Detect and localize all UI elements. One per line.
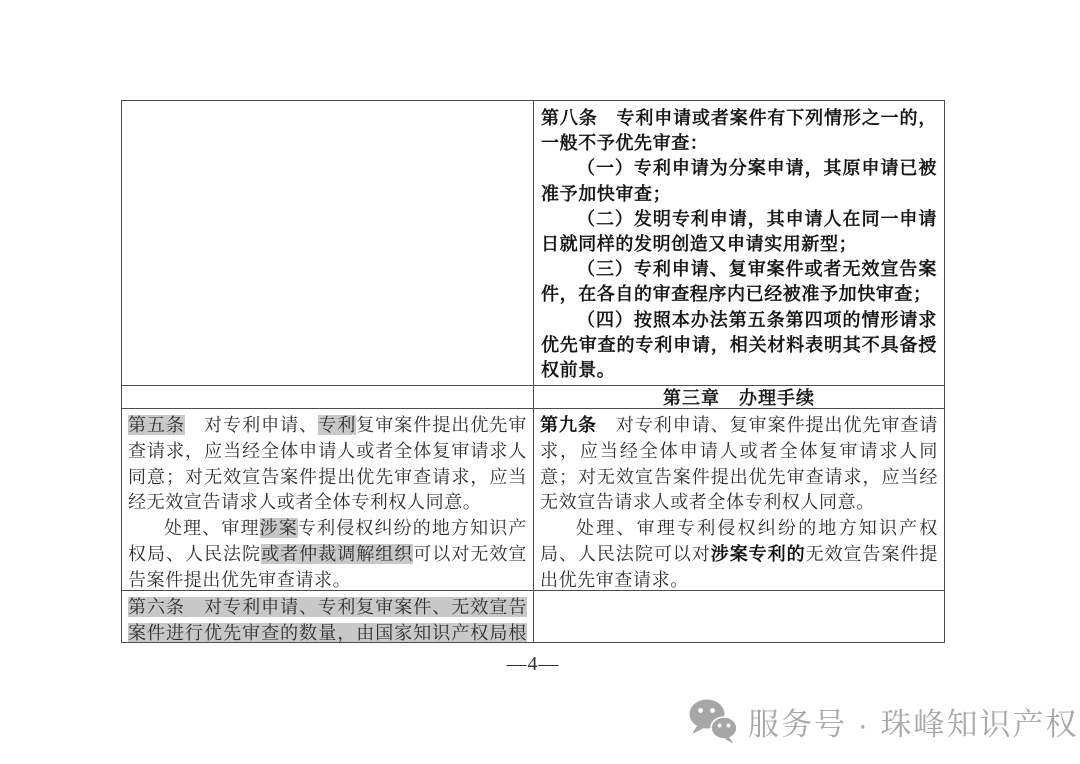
highlighted-text: 或者仲裁调解组织 bbox=[261, 544, 413, 564]
article-5-cell: 第五条 对专利申请、专利复审案件提出优先审查请求，应当经全体申请人或者全体复审请… bbox=[122, 409, 533, 590]
bold-text: 涉案专利的 bbox=[711, 544, 806, 564]
regulation-comparison-table: 第八条 专利申请或者案件有下列情形之一的，一般不予优先审查：（一）专利申请为分案… bbox=[121, 100, 945, 643]
highlighted-text: 专利 bbox=[318, 415, 356, 435]
text-segment: （三）专利申请、复审案件或者无效宣告案件，在各自的审查程序内已经被准予加快审查； bbox=[541, 259, 937, 304]
article-8-cell: 第八条 专利申请或者案件有下列情形之一的，一般不予优先审查：（一）专利申请为分案… bbox=[533, 101, 944, 385]
text-segment: 第八条 专利申请或者案件有下列情形之一的，一般不予优先审查： bbox=[541, 108, 937, 153]
table-row: 第六条 对专利申请、专利复审案件、无效宣告案件进行优先审查的数量，由国家知识产权… bbox=[122, 590, 944, 642]
article-9-cell: 第九条 对专利申请、复审案件提出优先审查请求，应当经全体申请人或者全体复审请求人… bbox=[533, 409, 944, 590]
paragraph: 第九条 对专利申请、复审案件提出优先审查请求，应当经全体申请人或者全体复审请求人… bbox=[540, 413, 938, 516]
text-segment: 处理、审理 bbox=[164, 518, 260, 538]
empty-cell-chapter-left bbox=[122, 386, 533, 408]
text-segment: （二）发明专利申请，其申请人在同一申请日就同样的发明创造又申请实用新型； bbox=[541, 209, 937, 254]
table-row: 第三章 办理手续 bbox=[122, 385, 944, 408]
watermark: 服务号 · 珠峰知识产权 bbox=[688, 698, 1079, 744]
article-6-cell: 第六条 对专利申请、专利复审案件、无效宣告案件进行优先审查的数量，由国家知识产权… bbox=[122, 591, 533, 642]
paragraph: 处理、审理专利侵权纠纷的地方知识产权局、人民法院可以对涉案专利的无效宣告案件提出… bbox=[540, 516, 938, 590]
paragraph: （二）发明专利申请，其申请人在同一申请日就同样的发明创造又申请实用新型； bbox=[541, 207, 937, 257]
text-segment: （四）按照本办法第五条第四项的情形请求优先审查的专利申请，相关材料表明其不具备授… bbox=[541, 310, 937, 380]
paragraph: 第六条 对专利申请、专利复审案件、无效宣告案件进行优先审查的数量，由国家知识产权… bbox=[128, 595, 527, 642]
table-row: 第五条 对专利申请、专利复审案件提出优先审查请求，应当经全体申请人或者全体复审请… bbox=[122, 408, 944, 590]
page-number: —4— bbox=[507, 653, 560, 676]
watermark-text: 服务号 · 珠峰知识产权 bbox=[748, 699, 1079, 744]
paragraph: 第五条 对专利申请、专利复审案件提出优先审查请求，应当经全体申请人或者全体复审请… bbox=[128, 413, 527, 516]
chapter-3-heading: 第三章 办理手续 bbox=[533, 386, 944, 408]
empty-cell-top-left bbox=[122, 101, 533, 385]
document-page: 第八条 专利申请或者案件有下列情形之一的，一般不予优先审查：（一）专利申请为分案… bbox=[0, 0, 1080, 764]
wechat-icon bbox=[688, 698, 738, 744]
text-segment: 对专利申请、复审案件提出优先审查请求，应当经全体申请人或者全体复审请求人同意；对… bbox=[540, 415, 938, 512]
paragraph: 处理、审理涉案专利侵权纠纷的地方知识产权局、人民法院或者仲裁调解组织可以对无效宣… bbox=[128, 516, 527, 590]
paragraph: 第八条 专利申请或者案件有下列情形之一的，一般不予优先审查： bbox=[541, 106, 937, 156]
paragraph: （一）专利申请为分案申请，其原申请已被准予加快审查； bbox=[541, 156, 937, 206]
highlighted-text: 第六条 对专利申请、专利复审案件、无效宣告案件进行优先审查的数量，由国家知识产权… bbox=[128, 597, 527, 642]
paragraph: （四）按照本办法第五条第四项的情形请求优先审查的专利申请，相关材料表明其不具备授… bbox=[541, 308, 937, 384]
table-row: 第八条 专利申请或者案件有下列情形之一的，一般不予优先审查：（一）专利申请为分案… bbox=[122, 101, 944, 385]
highlighted-text: 第五条 bbox=[128, 415, 185, 435]
bold-text: 第九条 bbox=[540, 415, 597, 435]
text-segment: 对专利申请、 bbox=[185, 415, 318, 435]
highlighted-text: 涉案 bbox=[260, 518, 298, 538]
paragraph: （三）专利申请、复审案件或者无效宣告案件，在各自的审查程序内已经被准予加快审查； bbox=[541, 257, 937, 307]
empty-cell-bottom-right bbox=[533, 591, 944, 642]
text-segment: （一）专利申请为分案申请，其原申请已被准予加快审查； bbox=[541, 158, 937, 203]
